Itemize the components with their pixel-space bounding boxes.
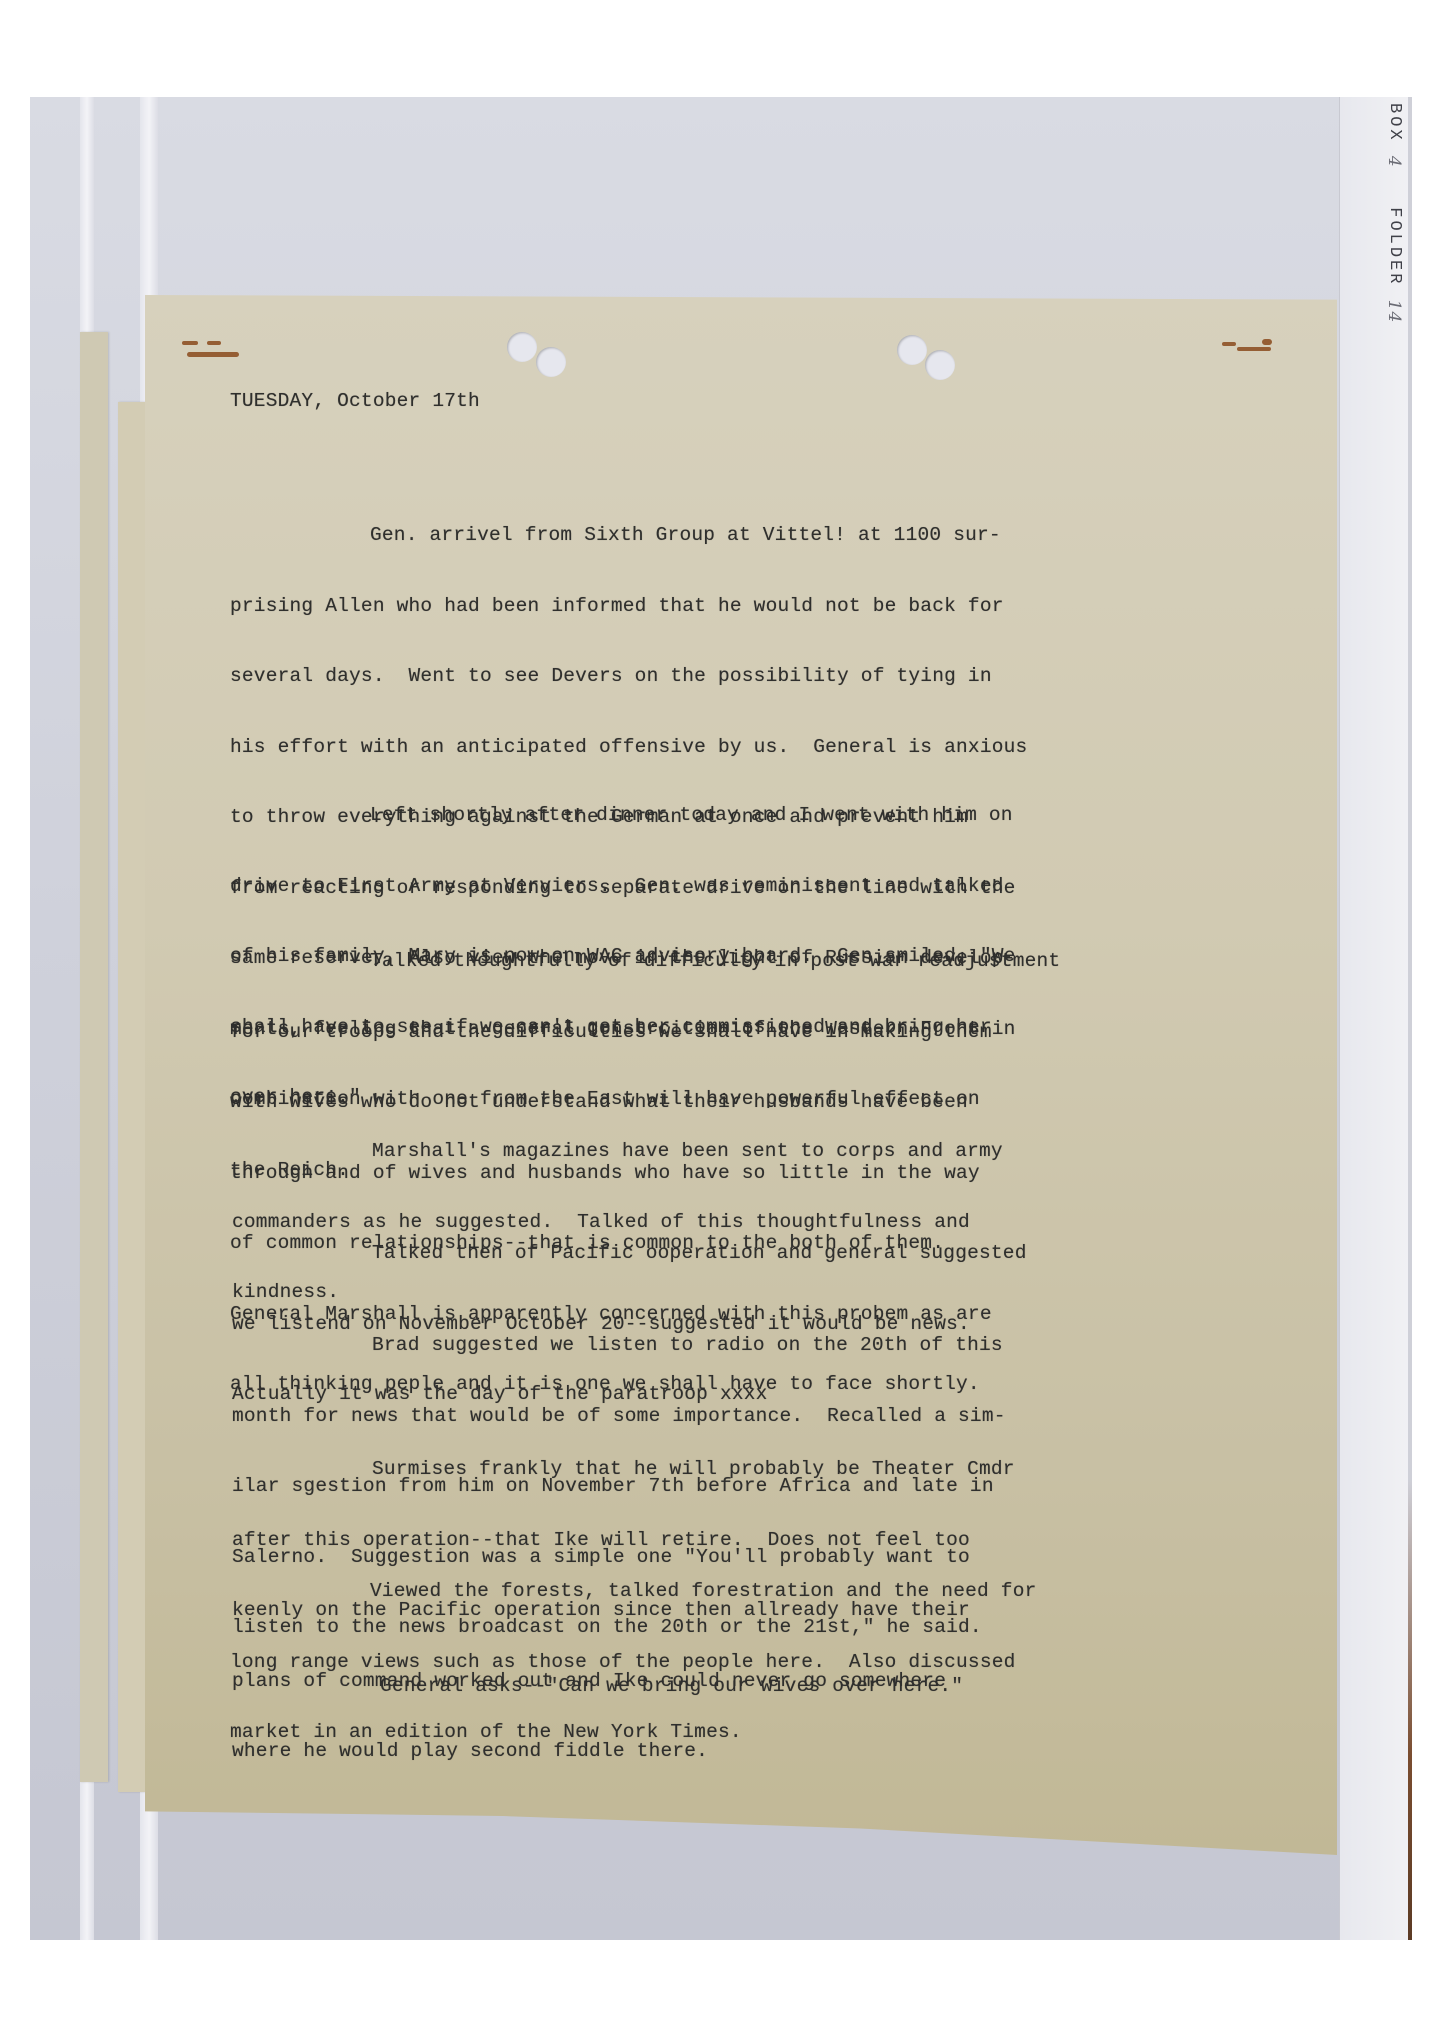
text-line: Marshall's magazines have been sent to c…	[232, 1140, 1003, 1164]
card-edge	[1408, 97, 1412, 1940]
text-line: General asks--"Can we bring our wives ov…	[230, 1675, 963, 1699]
rust-mark-right	[1262, 339, 1272, 345]
box-number: 4	[1384, 156, 1404, 168]
text-line: his effort with an anticipated offensive…	[230, 736, 1027, 760]
punch-hole	[897, 335, 927, 365]
punch-hole	[925, 350, 955, 380]
punch-hole	[507, 332, 537, 362]
text-line: Surmises frankly that he will probably b…	[232, 1458, 1015, 1482]
box-label-text: BOX	[1385, 103, 1404, 143]
text-line: Left shortly after dinner today and I we…	[230, 804, 1016, 828]
text-line: Gen. arrivel from Sixth Group at Vittel!…	[230, 524, 1027, 548]
text-line: Viewed the forests, talked forestration …	[230, 1580, 1037, 1604]
rust-mark-right	[1222, 342, 1236, 346]
rust-mark-left	[187, 352, 239, 357]
rust-mark-right	[1237, 347, 1271, 351]
text-line: prising Allen who had been informed that…	[230, 595, 1027, 619]
paragraph: General asks--"Can we bring our wives ov…	[230, 1628, 963, 1746]
rust-mark-left	[182, 341, 198, 345]
archive-folder-card: BOX 4 FOLDER 14	[1339, 97, 1412, 1940]
archive-box-folder-label: BOX 4 FOLDER 14	[1384, 103, 1404, 323]
folder-number: 14	[1384, 300, 1404, 324]
punch-hole	[536, 347, 566, 377]
folder-label-text: FOLDER	[1385, 207, 1404, 286]
text-line: drive to First Army at Verviers. Gen. wa…	[230, 875, 1016, 899]
typed-document-sheet: TUESDAY, October 17th Gen. arrivel from …	[145, 295, 1337, 1855]
rust-mark-left	[207, 341, 221, 345]
text-line: several days. Went to see Devers on the …	[230, 665, 1027, 689]
underlying-sheet-edge	[80, 332, 108, 1782]
text-line: Brad suggested we listen to radio on the…	[232, 1334, 1006, 1358]
text-line: Talked thoughtfully of difficulty in pos…	[230, 950, 1060, 974]
date-heading: TUESDAY, October 17th	[230, 390, 480, 414]
scanned-photo: BOX 4 FOLDER 14 TUESDAY, October 17th Ge…	[30, 97, 1412, 1940]
text-line: Talked then of Pacific ooperation and ge…	[232, 1242, 1027, 1266]
text-line: for our troops and the difficulties we s…	[230, 1021, 1060, 1045]
